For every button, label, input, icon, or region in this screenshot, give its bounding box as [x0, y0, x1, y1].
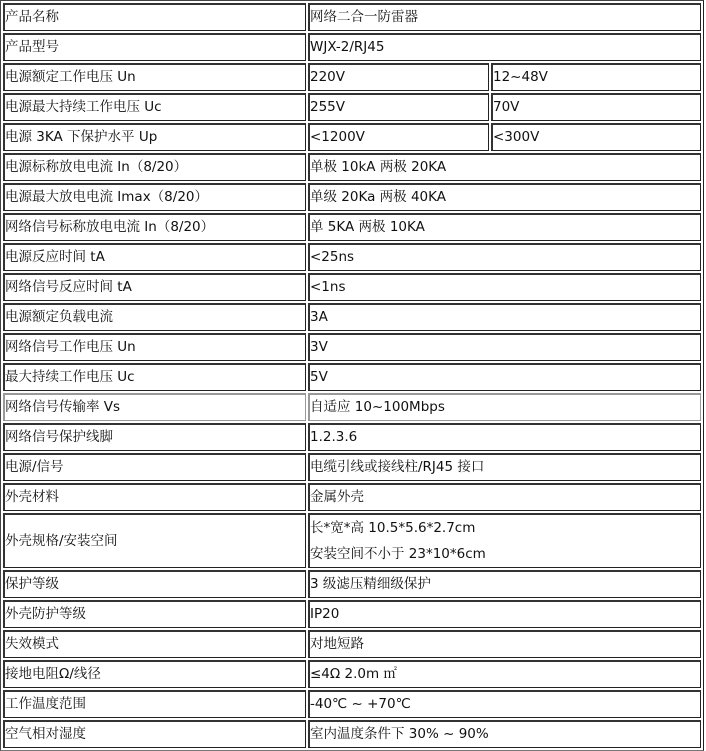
row-value-power: 255V — [308, 93, 489, 121]
row-value: IP20 — [308, 600, 701, 628]
row-label: 电源标称放电电流 In（8/20） — [3, 153, 306, 181]
row-value-signal: 70V — [491, 93, 701, 121]
row-label: 产品名称 — [3, 3, 306, 31]
row-value: 室内温度条件下 30% ~ 90% — [308, 720, 701, 724]
row-label: 电源额定负载电流 — [3, 303, 306, 331]
row-value: -40℃ ~ +70℃ — [308, 690, 701, 718]
row-value: 自适应 10~100Mbps — [308, 393, 701, 421]
row-value: WJX-2/RJ45 — [308, 33, 701, 61]
row-label: 外壳材料 — [3, 483, 306, 511]
row-value-signal: <300V — [491, 123, 701, 151]
table-row-signal-response-time: 网络信号反应时间 tA <1ns — [3, 273, 701, 301]
row-label: 空气相对湿度 — [3, 720, 306, 724]
row-value: 电缆引线或接线柱/RJ45 接口 — [308, 453, 701, 481]
row-value: <25ns — [308, 243, 701, 271]
row-value: 3A — [308, 303, 701, 331]
row-value: ≤4Ω 2.0m ㎡ — [308, 660, 701, 688]
table-row-power-response-time: 电源反应时间 tA <25ns — [3, 243, 701, 271]
row-value: <1ns — [308, 273, 701, 301]
row-label: 网络信号工作电压 Un — [3, 333, 306, 361]
table-row-protected-pins: 网络信号保护线脚 1.2.3.6 — [3, 423, 701, 451]
row-label: 电源额定工作电压 Un — [3, 63, 306, 91]
row-label: 产品型号 — [3, 33, 306, 61]
table-row-product-name: 产品名称 网络二合一防雷器 — [3, 3, 701, 31]
table-row-humidity: 空气相对湿度 室内温度条件下 30% ~ 90% — [3, 720, 701, 724]
row-label: 外壳规格/安装空间 — [3, 513, 306, 568]
row-value-signal: 12~48V — [491, 63, 701, 91]
row-value: 单 5KA 两极 10KA — [308, 213, 701, 241]
dimensions-install-space: 安装空间不小于 23*10*6cm — [310, 541, 700, 567]
row-value: 单极 10kA 两极 20KA — [308, 153, 701, 181]
row-label: 外壳防护等级 — [3, 600, 306, 628]
row-label: 电源最大持续工作电压 Uc — [3, 93, 306, 121]
table-row-housing-material: 外壳材料 金属外壳 — [3, 483, 701, 511]
table-row-transmission-rate: 网络信号传输率 Vs 自适应 10~100Mbps — [3, 393, 701, 421]
table-row-ground-resistance: 接地电阻Ω/线径 ≤4Ω 2.0m ㎡ — [3, 660, 701, 688]
row-value: 网络二合一防雷器 — [308, 3, 701, 31]
row-label: 网络信号传输率 Vs — [3, 393, 306, 421]
table-row-ip-rating: 外壳防护等级 IP20 — [3, 600, 701, 628]
row-label: 工作温度范围 — [3, 690, 306, 718]
row-value: 金属外壳 — [308, 483, 701, 511]
dimensions-size: 长*宽*高 10.5*5.6*2.7cm — [310, 515, 700, 541]
table-row-max-working-voltage: 最大持续工作电压 Uc 5V — [3, 363, 701, 391]
row-label: 接地电阻Ω/线径 — [3, 660, 306, 688]
row-value: 1.2.3.6 — [308, 423, 701, 451]
row-value: 3V — [308, 333, 701, 361]
table-row-max-continuous-voltage: 电源最大持续工作电压 Uc 255V 70V — [3, 93, 701, 121]
row-label: 保护等级 — [3, 570, 306, 598]
row-value-power: <1200V — [308, 123, 489, 151]
table-row-dimensions: 外壳规格/安装空间 长*宽*高 10.5*5.6*2.7cm 安装空间不小于 2… — [3, 513, 701, 568]
spec-table: 产品名称 网络二合一防雷器 产品型号 WJX-2/RJ45 电源额定工作电压 U… — [0, 0, 704, 724]
table-row-protection-grade: 保护等级 3 级滤压精细级保护 — [3, 570, 701, 598]
table-row-failure-mode: 失效模式 对地短路 — [3, 630, 701, 658]
row-value: 长*宽*高 10.5*5.6*2.7cm 安装空间不小于 23*10*6cm — [308, 513, 701, 568]
table-row-nominal-discharge: 电源标称放电电流 In（8/20） 单极 10kA 两极 20KA — [3, 153, 701, 181]
row-label: 网络信号标称放电电流 In（8/20） — [3, 213, 306, 241]
row-label: 电源反应时间 tA — [3, 243, 306, 271]
row-value: 5V — [308, 363, 701, 391]
row-value: 3 级滤压精细级保护 — [308, 570, 701, 598]
row-label: 失效模式 — [3, 630, 306, 658]
row-value: 单级 20Ka 两极 40KA — [308, 183, 701, 211]
table-row-signal-working-voltage: 网络信号工作电压 Un 3V — [3, 333, 701, 361]
table-row-product-model: 产品型号 WJX-2/RJ45 — [3, 33, 701, 61]
row-label: 最大持续工作电压 Uc — [3, 363, 306, 391]
row-label: 电源 3KA 下保护水平 Up — [3, 123, 306, 151]
row-label: 电源最大放电电流 Imax（8/20） — [3, 183, 306, 211]
row-label: 网络信号反应时间 tA — [3, 273, 306, 301]
table-row-rated-voltage: 电源额定工作电压 Un 220V 12~48V — [3, 63, 701, 91]
row-label: 网络信号保护线脚 — [3, 423, 306, 451]
table-row-signal-nominal-discharge: 网络信号标称放电电流 In（8/20） 单 5KA 两极 10KA — [3, 213, 701, 241]
row-value: 对地短路 — [308, 630, 701, 658]
row-label: 电源/信号 — [3, 453, 306, 481]
table-row-connection: 电源/信号 电缆引线或接线柱/RJ45 接口 — [3, 453, 701, 481]
table-row-rated-load-current: 电源额定负载电流 3A — [3, 303, 701, 331]
table-row-max-discharge: 电源最大放电电流 Imax（8/20） 单级 20Ka 两极 40KA — [3, 183, 701, 211]
table-row-protection-level: 电源 3KA 下保护水平 Up <1200V <300V — [3, 123, 701, 151]
table-row-temperature-range: 工作温度范围 -40℃ ~ +70℃ — [3, 690, 701, 718]
row-value-power: 220V — [308, 63, 489, 91]
